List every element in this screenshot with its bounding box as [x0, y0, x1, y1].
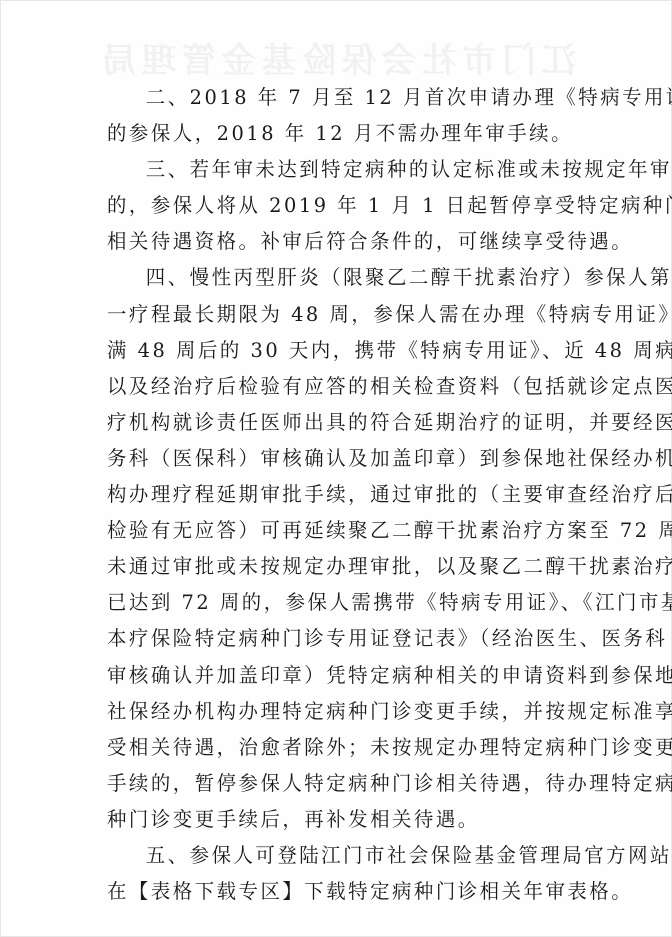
text-line: 三、若年审未达到特定病种的认定标准或未按规定年审	[107, 151, 563, 187]
paragraph-section-3: 三、若年审未达到特定病种的认定标准或未按规定年审 的，参保人将从 2019 年 …	[107, 151, 577, 259]
text-line: 本疗保险特定病种门诊专用证登记表》（经治医生、医务科	[107, 620, 563, 656]
text-line: 审核确认并加盖印章）凭特定病种相关的申请资料到参保地	[107, 657, 563, 693]
text-line: 检验有无应答）可再延续聚乙二醇干扰素治疗方案至 72 周。	[107, 512, 563, 548]
paragraph-section-5: 五、参保人可登陆江门市社会保险基金管理局官方网站， 在【表格下载专区】下载特定病…	[107, 837, 577, 909]
text-line: 受相关待遇，治愈者除外；未按规定办理特定病种门诊变更	[107, 729, 563, 765]
text-line: 以及经治疗后检验有应答的相关检查资料（包括就诊定点医	[107, 368, 563, 404]
text-line: 的，参保人将从 2019 年 1 月 1 日起暂停享受特定病种门诊	[107, 187, 563, 223]
text-line: 的参保人，2018 年 12 月不需办理年审手续。	[107, 115, 563, 151]
text-line: 种门诊变更手续后，再补发相关待遇。	[107, 801, 563, 837]
text-line: 满 48 周后的 30 天内，携带《特病专用证》、近 48 周病历、	[107, 332, 563, 368]
text-line: 构办理疗程延期审批手续，通过审批的（主要审查经治疗后	[107, 476, 563, 512]
text-line: 四、慢性丙型肝炎（限聚乙二醇干扰素治疗）参保人第	[107, 259, 563, 295]
text-line: 务科（医保科）审核确认及加盖印章）到参保地社保经办机	[107, 440, 563, 476]
text-line: 社保经办机构办理特定病种门诊变更手续，并按规定标准享	[107, 693, 563, 729]
text-line: 在【表格下载专区】下载特定病种门诊相关年审表格。	[107, 873, 563, 909]
text-line: 五、参保人可登陆江门市社会保险基金管理局官方网站，	[107, 837, 563, 873]
document-page: 江门市社会保险基金管理局 二、2018 年 7 月至 12 月首次申请办理《特病…	[0, 0, 672, 937]
text-line: 手续的，暂停参保人特定病种门诊相关待遇，待办理特定病	[107, 765, 563, 801]
paragraph-section-2: 二、2018 年 7 月至 12 月首次申请办理《特病专用证》 的参保人，201…	[107, 79, 577, 151]
paragraph-section-4: 四、慢性丙型肝炎（限聚乙二醇干扰素治疗）参保人第 一疗程最长期限为 48 周，参…	[107, 259, 577, 837]
text-line: 相关待遇资格。补审后符合条件的，可继续享受待遇。	[107, 223, 563, 259]
document-body: 二、2018 年 7 月至 12 月首次申请办理《特病专用证》 的参保人，201…	[107, 79, 577, 909]
text-line: 未通过审批或未按规定办理审批，以及聚乙二醇干扰素治疗	[107, 548, 563, 584]
text-line: 疗机构就诊责任医师出具的符合延期治疗的证明，并要经医	[107, 404, 563, 440]
text-line: 二、2018 年 7 月至 12 月首次申请办理《特病专用证》	[107, 79, 563, 115]
text-line: 一疗程最长期限为 48 周，参保人需在办理《特病专用证》	[107, 296, 563, 332]
text-line: 已达到 72 周的，参保人需携带《特病专用证》、《江门市基	[107, 584, 563, 620]
bleed-through-header: 江门市社会保险基金管理局	[76, 41, 596, 81]
